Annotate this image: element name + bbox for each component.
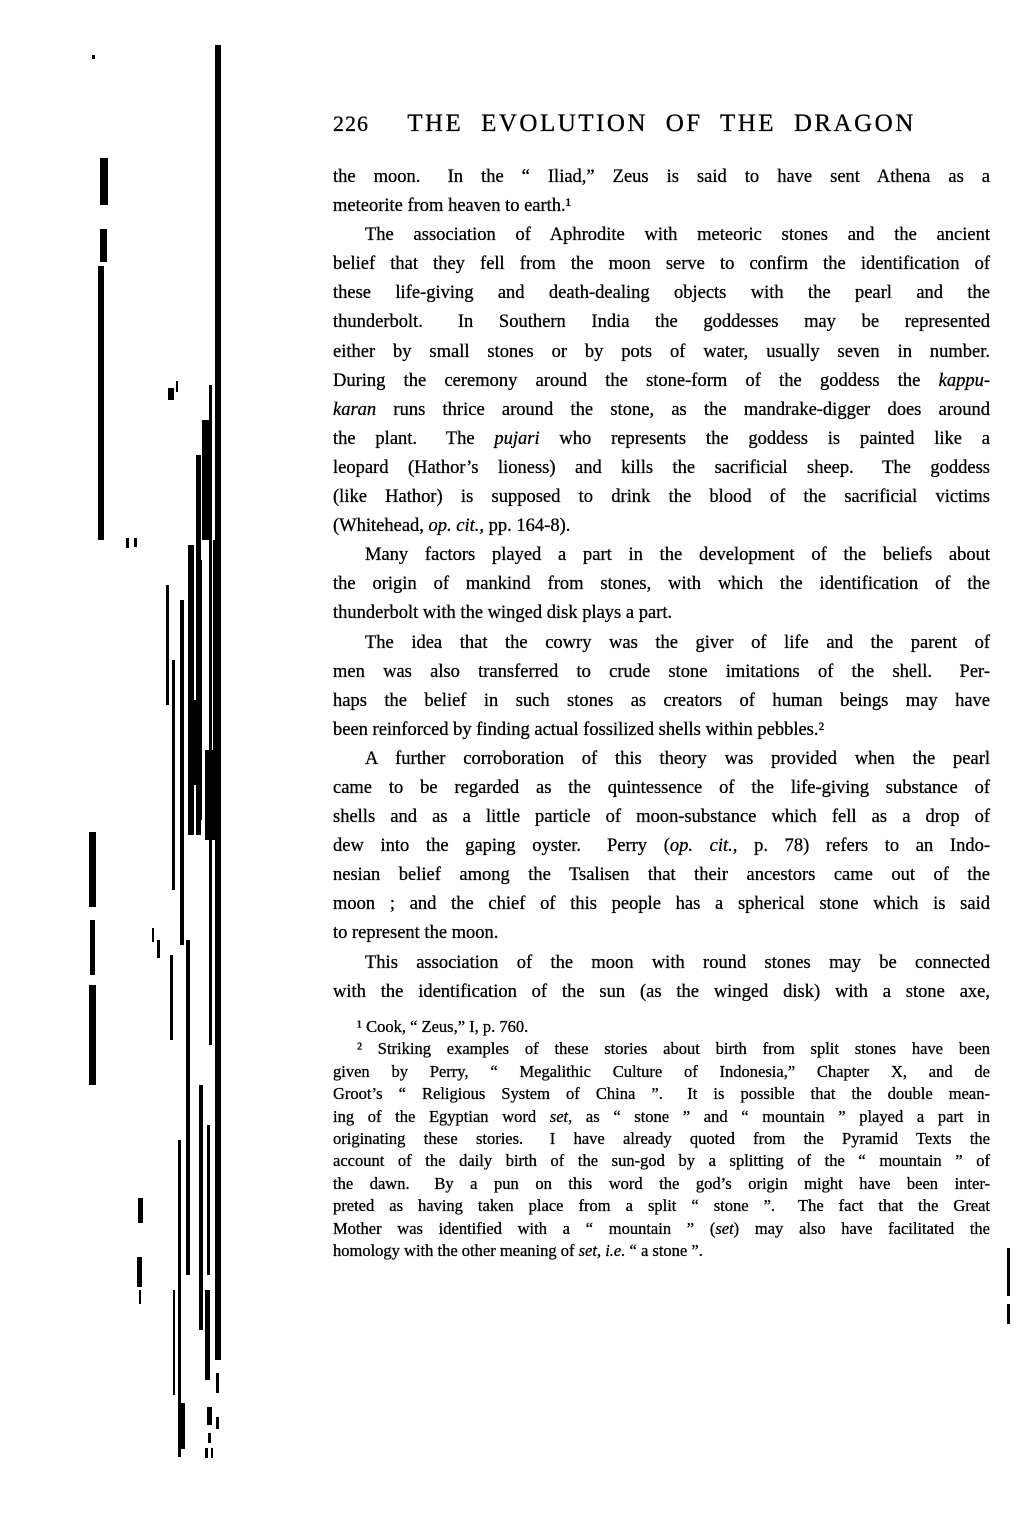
scan-artifact <box>216 1373 219 1393</box>
scan-artifact <box>207 1125 210 1275</box>
text-line: been reinforced by finding actual fossil… <box>333 716 990 745</box>
scan-artifact <box>170 955 173 1040</box>
scan-artifact <box>209 385 212 1045</box>
text-line: A further corroboration of this theory w… <box>333 745 990 774</box>
scan-artifact <box>138 1198 143 1223</box>
body-text: the moon. In the “ Iliad,” Zeus is said … <box>333 163 990 1007</box>
text-line: meteorite from heaven to earth.¹ <box>333 192 990 221</box>
scan-artifact <box>216 1417 219 1429</box>
scan-artifact <box>176 381 178 392</box>
text-line: preted as having taken place from a spli… <box>333 1195 990 1217</box>
text-line: account of the daily birth of the sun-go… <box>333 1150 990 1172</box>
text-line: Many factors played a part in the develo… <box>333 541 990 570</box>
scan-artifact <box>139 1290 141 1304</box>
scan-artifact <box>208 1433 211 1443</box>
scan-artifact <box>90 920 95 975</box>
scan-artifact <box>186 940 190 1275</box>
text-line: karan runs thrice around the stone, as t… <box>333 396 990 425</box>
text-line: haps the belief in such stones as creato… <box>333 687 990 716</box>
text-line: men was also transferred to crude stone … <box>333 658 990 687</box>
scan-artifact <box>193 700 202 785</box>
scan-artifact <box>1007 1248 1010 1296</box>
text-line: thunderbolt with the winged disk plays a… <box>333 599 990 628</box>
text-line: During the ceremony around the stone-for… <box>333 367 990 396</box>
text-line: given by Perry, “ Megalithic Culture of … <box>333 1061 990 1083</box>
page-number: 226 <box>333 111 369 137</box>
running-title: THE EVOLUTION OF THE DRAGON <box>333 106 990 142</box>
book-page-scan: 226 THE EVOLUTION OF THE DRAGON the moon… <box>0 0 1025 1519</box>
text-line: the moon. In the “ Iliad,” Zeus is said … <box>333 163 990 192</box>
scan-artifact <box>199 1085 203 1330</box>
text-line: leopard (Hathor’s lioness) and kills the… <box>333 454 990 483</box>
text-line: The association of Aphrodite with meteor… <box>333 221 990 250</box>
scan-artifact <box>157 940 160 958</box>
scan-artifact <box>172 660 175 890</box>
text-line: the dawn. By a pun on this word the god’… <box>333 1173 990 1195</box>
running-header: 226 THE EVOLUTION OF THE DRAGON <box>333 106 990 144</box>
scan-artifact <box>1007 1304 1010 1324</box>
text-line: the origin of mankind from stones, with … <box>333 570 990 599</box>
scan-artifact <box>126 538 129 548</box>
text-line: either by small stones or by pots of wat… <box>333 338 990 367</box>
text-line: Mother was identified with a “ mountain … <box>333 1218 990 1240</box>
text-line: came to be regarded as the quintessence … <box>333 774 990 803</box>
text-line: to represent the moon. <box>333 919 990 948</box>
text-line: the plant. The pujari who represents the… <box>333 425 990 454</box>
scan-artifact <box>207 1407 212 1425</box>
scan-artifact <box>166 585 169 705</box>
text-line: belief that they fell from the moon serv… <box>333 250 990 279</box>
footnotes: ¹ Cook, “ Zeus,” I, p. 760.² Striking ex… <box>333 1016 990 1262</box>
scan-artifact <box>137 1257 142 1287</box>
text-line: This association of the moon with round … <box>333 949 990 978</box>
text-line: ¹ Cook, “ Zeus,” I, p. 760. <box>333 1016 990 1038</box>
text-line: with the identification of the sun (as t… <box>333 978 990 1007</box>
text-line: moon ; and the chief of this people has … <box>333 890 990 919</box>
text-line: these life-giving and death-dealing obje… <box>333 279 990 308</box>
text-line: originating these stories. I have alread… <box>333 1128 990 1150</box>
scan-artifact <box>181 1403 185 1449</box>
text-line: ing of the Egyptian word set, as “ stone… <box>333 1106 990 1128</box>
scan-artifact <box>211 1448 213 1458</box>
scan-artifact <box>134 538 137 547</box>
text-line: (like Hathor) is supposed to drink the b… <box>333 483 990 512</box>
scan-artifact <box>168 388 174 400</box>
scan-artifact <box>98 266 104 540</box>
scan-artifact <box>100 158 108 205</box>
scan-artifact <box>100 229 107 262</box>
text-line: shells and as a little particle of moon-… <box>333 803 990 832</box>
text-line: homology with the other meaning of set, … <box>333 1240 990 1262</box>
scan-artifact <box>92 55 95 59</box>
text-line: thunderbolt. In Southern India the godde… <box>333 308 990 337</box>
text-line: ² Striking examples of these stories abo… <box>333 1038 990 1060</box>
scan-artifact <box>152 928 154 942</box>
scan-artifact <box>173 1290 175 1395</box>
scan-artifact <box>89 985 96 1085</box>
text-line: Groot’s “ Religious System of China ”. I… <box>333 1083 990 1105</box>
scan-artifact <box>205 1290 210 1380</box>
scan-artifact <box>205 750 215 840</box>
scan-artifact <box>180 600 184 945</box>
scan-artifact <box>188 545 194 835</box>
text-line: (Whitehead, op. cit., pp. 164-8). <box>333 512 990 541</box>
scan-artifact <box>89 832 96 907</box>
text-line: dew into the gaping oyster. Perry (op. c… <box>333 832 990 861</box>
text-line: nesian belief among the Tsalisen that th… <box>333 861 990 890</box>
scan-artifact <box>202 420 209 540</box>
text-line: The idea that the cowry was the giver of… <box>333 629 990 658</box>
scan-artifact <box>205 1448 208 1458</box>
